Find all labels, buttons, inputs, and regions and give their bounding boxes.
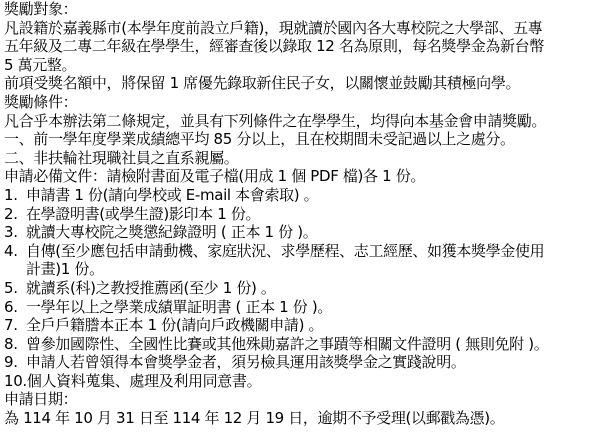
section-heading-documents: 申請必備文件：請檢附書面及電子檔(用成 1 個 PDF 檔)各 1 份。 (4, 167, 604, 186)
target-reserved-seat-paragraph: 前項受獎名額中，將保留 1 席優先錄取新住民子女，以關懷並鼓勵其積極向學。 (4, 74, 604, 93)
item-text: 就讀大專校院之獎懲紀錄證明 ( 正本 1 份 )。 (26, 223, 604, 242)
item-number: 8. (4, 335, 26, 354)
document-item-3: 3. 就讀大專校院之獎懲紀錄證明 ( 正本 1 份 )。 (4, 223, 604, 242)
target-paragraph-line-1: 凡設籍於嘉義縣市(本學年度前設立戶籍)，現就讀於國內各大專校院之大學部、五專 (4, 19, 604, 38)
document-item-4: 4. 自傳(至少應包括申請動機、家庭狀況、求學歷程、志工經歷、如獲本獎學金使用 … (4, 242, 604, 279)
target-paragraph-line-3: 5 萬元整。 (4, 56, 604, 75)
document-item-5: 5. 就讀系(科)之教授推薦函(至少 1 份) 。 (4, 279, 604, 298)
section-heading-conditions: 獎勵條件： (4, 93, 604, 112)
application-period-text: 為 114 年 10 月 31 日至 114 年 12 月 19 日，逾期不予受… (4, 409, 604, 428)
document-item-8: 8. 曾參加國際性、全國性比賽或其他殊勛嘉許之事蹟等相關文件證明 ( 無則免附 … (4, 335, 604, 354)
section-heading-dates: 申請日期： (4, 390, 604, 409)
item-text: 曾參加國際性、全國性比賽或其他殊勛嘉許之事蹟等相關文件證明 ( 無則免附 )。 (26, 335, 604, 354)
item-text: 在學證明書(或學生證)影印本 1 份。 (26, 205, 604, 224)
section-heading-target: 獎勵對象： (4, 0, 604, 19)
item-text-line-2: 計畫)1 份。 (26, 260, 604, 279)
item-text: 全戶戶籍謄本正本 1 份(請向戶政機關申請) 。 (26, 316, 604, 335)
target-paragraph-line-2: 五年級及二專二年級在學學生，經審查後以錄取 12 名為原則，每名獎學金為新台幣 (4, 37, 604, 56)
item-number: 2. (4, 205, 26, 224)
item-number: 3. (4, 223, 26, 242)
condition-item-1: 一、前一學年度學業成績總平均 85 分以上，且在校期間未受記過以上之處分。 (4, 130, 604, 149)
item-text-block: 自傳(至少應包括申請動機、家庭狀況、求學歷程、志工經歷、如獲本獎學金使用 計畫)… (26, 242, 604, 279)
scholarship-document: 獎勵對象： 凡設籍於嘉義縣市(本學年度前設立戶籍)，現就讀於國內各大專校院之大學… (4, 0, 604, 428)
item-text: 就讀系(科)之教授推薦函(至少 1 份) 。 (26, 279, 604, 298)
item-text: 申請人若曾領得本會獎學金者，須另檢具運用該獎學金之實踐說明。 (26, 353, 604, 372)
item-number: 10. (4, 372, 27, 391)
document-item-10: 10. 個人資料蒐集、處理及利用同意書。 (4, 372, 604, 391)
item-text: 個人資料蒐集、處理及利用同意書。 (27, 372, 604, 391)
document-item-1: 1. 申請書 1 份(請向學校或 E-mail 本會索取) 。 (4, 186, 604, 205)
item-number: 1. (4, 186, 26, 205)
item-number: 6. (4, 298, 26, 317)
item-number: 7. (4, 316, 26, 335)
document-item-9: 9. 申請人若曾領得本會獎學金者，須另檢具運用該獎學金之實踐說明。 (4, 353, 604, 372)
document-item-7: 7. 全戶戶籍謄本正本 1 份(請向戶政機關申請) 。 (4, 316, 604, 335)
item-number: 5. (4, 279, 26, 298)
document-item-2: 2. 在學證明書(或學生證)影印本 1 份。 (4, 205, 604, 224)
item-number: 4. (4, 242, 26, 279)
item-text: 一學年以上之學業成績單証明書 ( 正本 1 份 )。 (26, 298, 604, 317)
conditions-intro: 凡合乎本辦法第二條規定，並具有下列條件之在學學生，均得向本基金會申請獎勵。 (4, 112, 604, 131)
item-text-line-1: 自傳(至少應包括申請動機、家庭狀況、求學歷程、志工經歷、如獲本獎學金使用 (26, 242, 604, 261)
document-item-6: 6. 一學年以上之學業成績單証明書 ( 正本 1 份 )。 (4, 298, 604, 317)
item-number: 9. (4, 353, 26, 372)
item-text: 申請書 1 份(請向學校或 E-mail 本會索取) 。 (26, 186, 604, 205)
condition-item-2: 二、非扶輪社現職社員之直系親屬。 (4, 149, 604, 168)
